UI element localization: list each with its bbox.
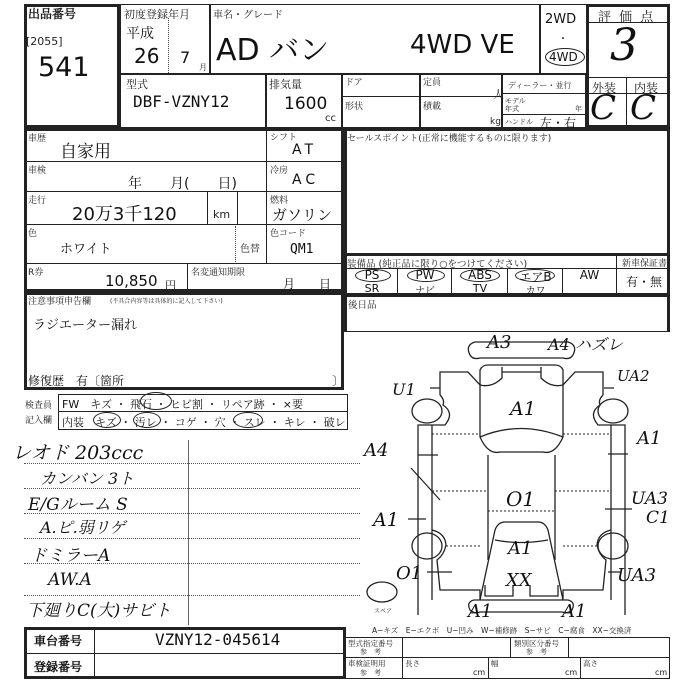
height-label: 高さ [583,658,598,669]
length-label: 長さ [405,658,420,669]
damage-mark: A4 ハズレ [548,332,623,355]
category-sub: 参 考 [526,647,547,657]
damage-mark: A1 [373,509,399,531]
divider [344,657,670,658]
width-label: 幅 [491,658,499,669]
damage-mark: A1 [508,538,532,559]
damage-mark: A1 [562,601,586,622]
length-unit: cm [473,668,485,677]
damage-mark: O1 [396,563,422,584]
divider [580,657,581,679]
damage-mark: XX [506,570,532,591]
damage-legend: A−キズ E−エクボ U−凹み W−補修跡 S−サビ C−腐食 XX−交換済 [372,625,631,636]
cert-sub: 参 考 [360,668,381,678]
damage-mark: A3 [487,332,511,353]
damage-mark: A1 [468,601,492,622]
width-unit: cm [565,668,577,677]
damage-mark: A1 [510,398,536,420]
divider [510,637,511,657]
damage-mark: UA3 [631,489,668,509]
damage-mark: C1 [646,508,670,528]
divider [568,637,569,657]
damage-mark: A1 [637,428,661,449]
divider [488,657,489,679]
damage-mark: UA3 [617,565,656,586]
divider [402,637,403,679]
damage-mark: O1 [506,487,535,511]
damage-mark: A4 [364,440,388,461]
spare-label: スペア [374,606,392,615]
damage-mark: U1 [392,380,416,399]
type-designation-sub: 参 考 [360,647,381,657]
damage-mark: UA2 [617,367,650,385]
height-unit: cm [655,668,667,677]
